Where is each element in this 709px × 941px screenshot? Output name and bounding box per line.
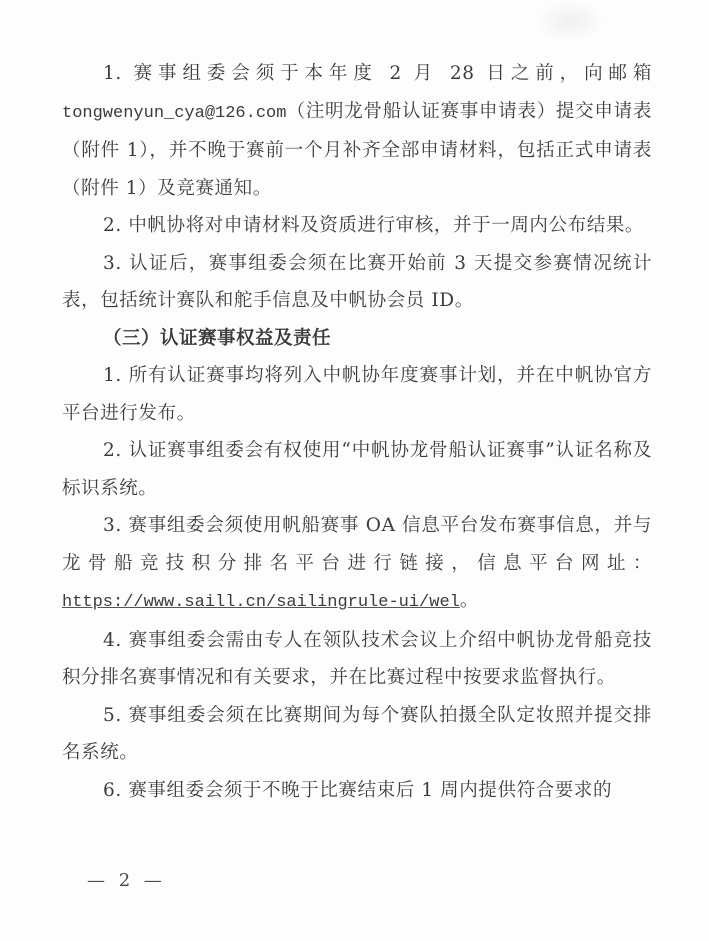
document-body: 1. 赛事组委会须于本年度 2 月 28 日之前，向邮箱tongwenyun_c… [62, 55, 652, 809]
paragraph-team-photo: 5. 赛事组委会须在比赛期间为每个赛队拍摄全队定妆照并提交排名系统。 [62, 697, 652, 772]
paragraph-oa-platform: 3. 赛事组委会须使用帆船赛事 OA 信息平台发布赛事信息，并与龙骨船竞技积分排… [62, 507, 652, 622]
section-heading: （三）认证赛事权益及责任 [62, 320, 652, 358]
page-number: — 2 — [87, 870, 166, 891]
platform-url-link[interactable]: https://www.saill.cn/sailingrule-ui/wel [62, 593, 460, 612]
paragraph-text: 。 [460, 590, 479, 611]
paragraph-annual-plan: 1. 所有认证赛事均将列入中帆协年度赛事计划，并在中帆协官方平台进行发布。 [62, 357, 652, 432]
paragraph-review: 2. 中帆协将对申请材料及资质进行审核，并于一周内公布结果。 [62, 207, 652, 245]
paragraph-certification-name: 2. 认证赛事组委会有权使用“中帆协龙骨船认证赛事”认证名称及标识系统。 [62, 432, 652, 507]
paragraph-text: 3. 赛事组委会须使用帆船赛事 OA 信息平台发布赛事信息，并与龙骨船竞技积分排… [62, 515, 652, 574]
paragraph-text: 1. 赛事组委会须于本年度 2 月 28 日之前，向邮箱 [103, 63, 652, 84]
document-page: 1. 赛事组委会须于本年度 2 月 28 日之前，向邮箱tongwenyun_c… [0, 0, 709, 941]
scan-smudge [535, 0, 605, 42]
paragraph-technical-meeting: 4. 赛事组委会需由专人在领队技术会议上介绍中帆协龙骨船竞技积分排名赛事情况和有… [62, 622, 652, 697]
paragraph-post-race-submission: 6. 赛事组委会须于不晚于比赛结束后 1 周内提供符合要求的 [62, 772, 652, 810]
paragraph-statistics-submission: 3. 认证后，赛事组委会须在比赛开始前 3 天提交参赛情况统计表，包括统计赛队和… [62, 245, 652, 320]
paragraph-application-deadline: 1. 赛事组委会须于本年度 2 月 28 日之前，向邮箱tongwenyun_c… [62, 55, 652, 207]
email-address[interactable]: tongwenyun_cya@126.com [62, 104, 286, 123]
